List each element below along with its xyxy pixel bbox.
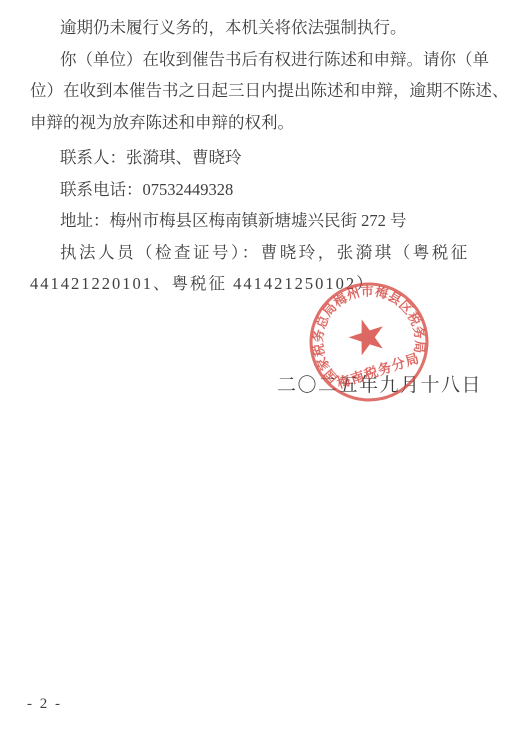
document-page: 逾期仍未履行义务的，本机关将依法强制执行。 你（单位）在收到催告书后有权进行陈述… <box>0 0 515 734</box>
contact-phone-line: 联系电话：07532449328 <box>30 174 492 206</box>
statement-rights-line-3: 申辩的视为放弃陈述和申辩的权利。 <box>30 107 492 139</box>
inspectors-cert-numbers-line: 441421220101、粤税征 441421250102） <box>30 268 492 300</box>
statement-rights-line-2: 位）在收到本催告书之日起三日内提出陈述和申辩，逾期不陈述、 <box>30 75 492 107</box>
document-body: 逾期仍未履行义务的，本机关将依法强制执行。 你（单位）在收到催告书后有权进行陈述… <box>30 12 492 300</box>
address-line: 地址：梅州市梅县区梅南镇新塘墟兴民街 272 号 <box>30 205 492 237</box>
page-number: - 2 - <box>27 696 62 713</box>
contact-person-line: 联系人：张漪琪、曹晓玲 <box>30 142 492 174</box>
statement-rights-line-1: 你（单位）在收到催告书后有权进行陈述和申辩。请你（单 <box>30 44 492 76</box>
enforcement-notice-line: 逾期仍未履行义务的，本机关将依法强制执行。 <box>30 12 492 44</box>
inspectors-line: 执法人员（检查证号）：曹晓玲，张漪琪（粤税征 <box>30 237 492 269</box>
issue-date: 二〇二五年九月十八日 <box>277 370 482 397</box>
seal-star-icon <box>345 314 390 358</box>
